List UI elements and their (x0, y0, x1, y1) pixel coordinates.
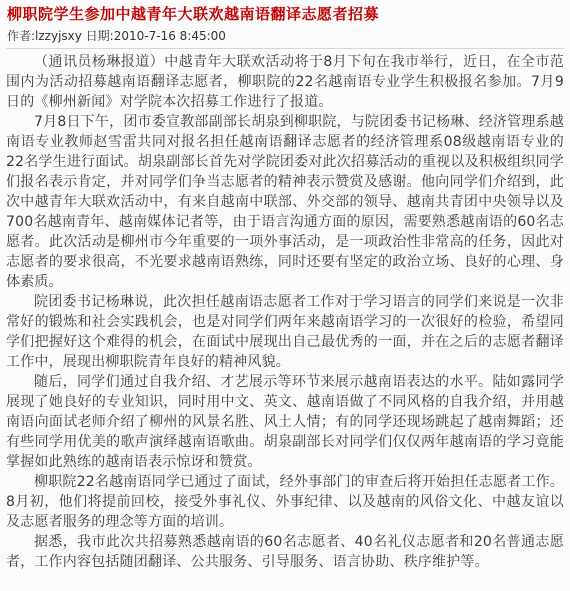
article-paragraph: 柳职院22名越南语同学已通过了面试，经外事部门的审查后将开始担任志愿者工作。8月… (6, 472, 564, 532)
article-title: 柳职院学生参加中越青年大联欢越南语翻译志愿者招募 (6, 3, 564, 26)
article-paragraph: （通讯员杨琳报道）中越青年大联欢活动将于8月下旬在我市举行，近日，在全市范围内为… (6, 52, 564, 112)
article-paragraph: 7月8日下午，团市委宣教部副部长胡泉到柳职院，与院团委书记杨琳、经济管理系越南语… (6, 112, 564, 292)
article-body: （通讯员杨琳报道）中越青年大联欢活动将于8月下旬在我市举行，近日，在全市范围内为… (6, 49, 564, 572)
article-meta: 作者:lzzyjsxy 日期:2010-7-16 8:45:00 (6, 26, 564, 49)
article-paragraph: 据悉，我市此次共招募熟悉越南语的60名志愿者、40名礼仪志愿者和20名普通志愿者… (6, 532, 564, 572)
article-page: 柳职院学生参加中越青年大联欢越南语翻译志愿者招募 作者:lzzyjsxy 日期:… (0, 0, 570, 572)
article-paragraph: 随后，同学们通过自我介绍、才艺展示等环节来展示越南语表达的水平。陆如露同学展现了… (6, 372, 564, 472)
article-paragraph: 院团委书记杨琳说，此次担任越南语志愿者工作对于学习语言的同学们来说是一次非常好的… (6, 292, 564, 372)
